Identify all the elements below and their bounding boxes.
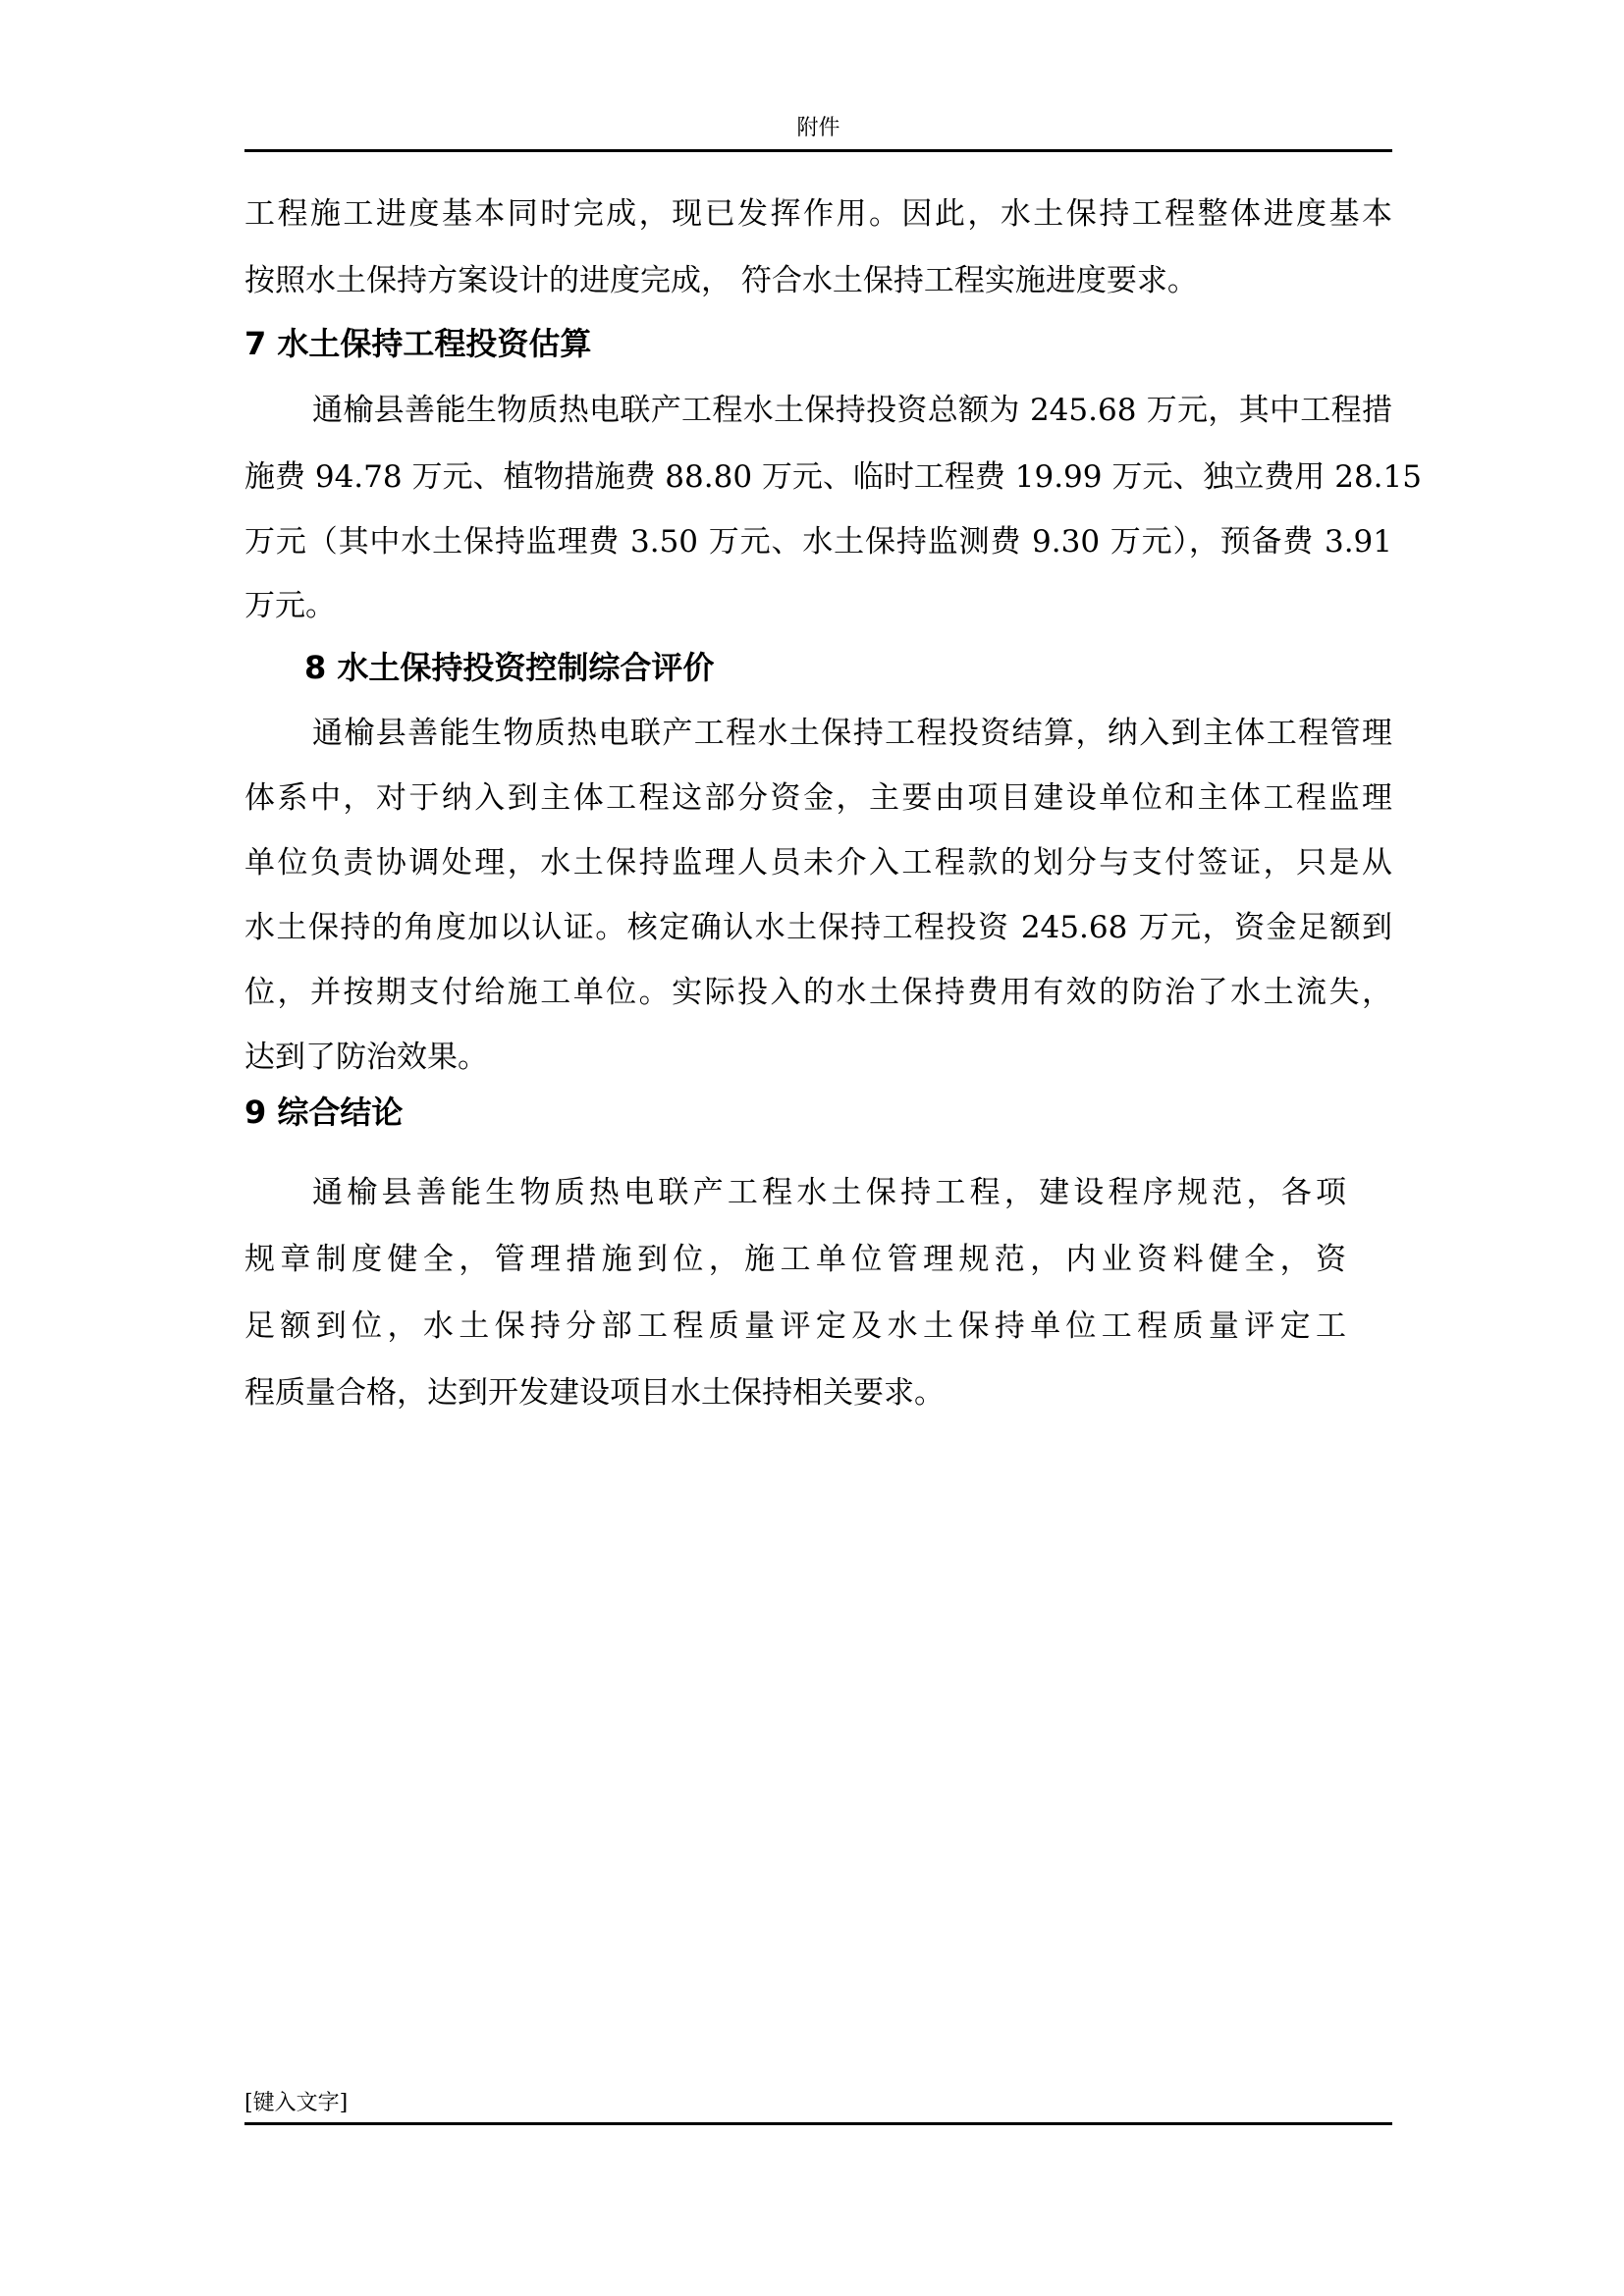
header-text: 附件 [244,116,1392,141]
body-line: 万元（其中水土保持监理费 3.50 万元、水土保持监测费 9.30 万元），预备… [244,522,1392,561]
body-line: 足额到位，水土保持分部工程质量评定及水土保持单位工程质量评定工 [244,1307,1346,1346]
body-line: 通榆县善能生物质热电联产工程水土保持投资总额为 245.68 万元，其中工程措 [312,391,1392,430]
body-line: 程质量合格，达到开发建设项目水土保持相关要求。 [244,1373,1346,1413]
header-rule [244,149,1392,152]
body-line: 施费 94.78 万元、植物措施费 88.80 万元、临时工程费 19.99 万… [244,457,1392,497]
body-line: 达到了防治效果。 [244,1038,1392,1077]
footer-text: [键入文字] [244,2091,348,2116]
section-heading-8: 8 水土保持投资控制综合评价 [304,648,714,687]
body-line: 位，并按期支付给施工单位。实际投入的水土保持费用有效的防治了水土流失， [244,973,1392,1012]
body-line: 水土保持的角度加以认证。核定确认水土保持工程投资 245.68 万元，资金足额到 [244,908,1392,947]
body-line: 通榆县善能生物质热电联产工程水土保持工程，建设程序规范，各项 [312,1173,1346,1212]
body-line: 通榆县善能生物质热电联产工程水土保持工程投资结算，纳入到主体工程管理 [312,714,1392,753]
body-line: 体系中，对于纳入到主体工程这部分资金，主要由项目建设单位和主体工程监理 [244,778,1392,818]
section-heading-9: 9 综合结论 [244,1093,403,1132]
body-line: 工程施工进度基本同时完成，现已发挥作用。因此，水土保持工程整体进度基本 [244,194,1392,234]
body-line: 按照水土保持方案设计的进度完成， 符合水土保持工程实施进度要求。 [244,261,1392,300]
body-line: 万元。 [244,586,1392,625]
footer-rule [244,2122,1392,2125]
body-line: 规章制度健全，管理措施到位，施工单位管理规范，内业资料健全，资 [244,1240,1346,1279]
body-line: 单位负责协调处理，水土保持监理人员未介入工程款的划分与支付签证，只是从 [244,843,1392,882]
section-heading-7: 7 水土保持工程投资估算 [244,324,591,363]
